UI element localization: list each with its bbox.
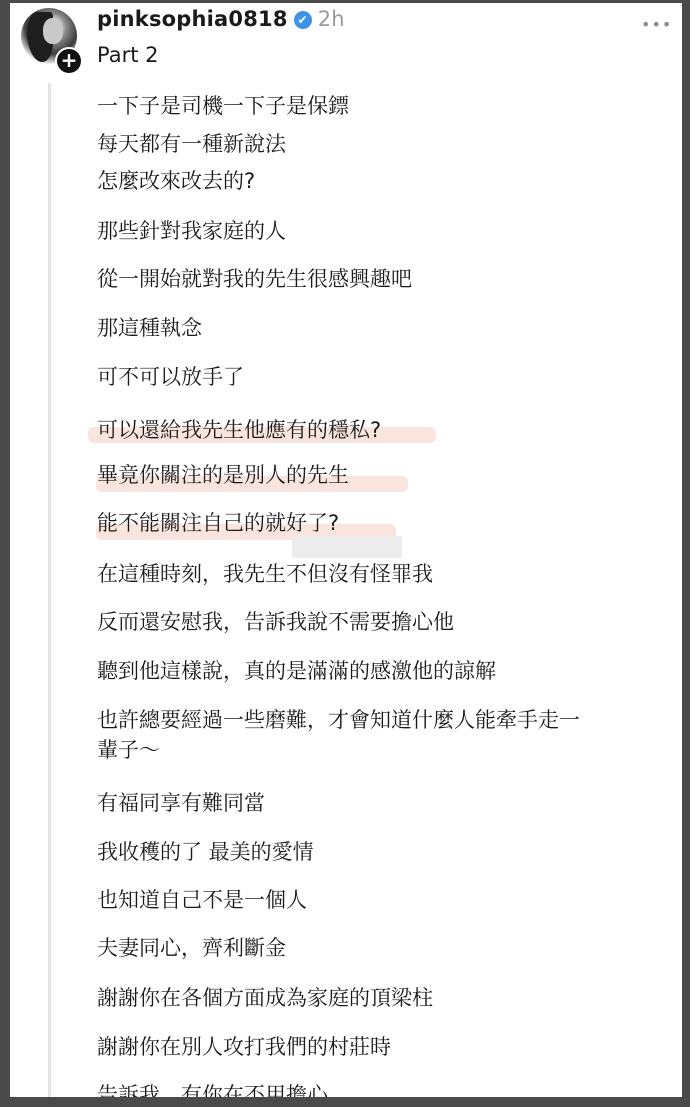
body-line: 謝謝你在各個方面成為家庭的頂梁柱 xyxy=(97,982,433,1012)
body-line: 謝謝你在別人攻打我們的村莊時 xyxy=(97,1031,391,1061)
body-line: 在這種時刻，我先生不但沒有怪罪我 xyxy=(97,558,433,588)
post-caption: Part 2 xyxy=(97,43,159,67)
verified-badge-icon: ✔ xyxy=(294,11,312,29)
body-line: 有福同享有難同當 xyxy=(97,787,265,817)
body-line: 能不能關注自己的就好了? xyxy=(97,507,339,537)
body-line: 從一開始就對我的先生很感興趣吧 xyxy=(97,263,412,293)
thread-line xyxy=(48,83,51,1097)
avatar-face xyxy=(43,18,63,44)
post-time: 2h xyxy=(318,7,345,31)
body-line: 夫妻同心，齊利斷金 xyxy=(97,932,286,962)
post-card: + pinksophia0818✔2h Part 2 ••• 一下子是司機一下子… xyxy=(10,3,682,1097)
body-line: 每天都有一種新說法 xyxy=(97,128,286,158)
post-header: pinksophia0818✔2h xyxy=(97,7,345,31)
body-line: 我收穫的了 最美的愛情 xyxy=(97,836,314,866)
body-line: 一下子是司機一下子是保鏢 xyxy=(97,90,349,120)
body-line: 那這種執念 xyxy=(97,312,202,342)
watermark-blur xyxy=(292,536,402,558)
body-line: 反而還安慰我，告訴我說不需要擔心他 xyxy=(97,606,454,636)
more-options-icon[interactable]: ••• xyxy=(641,15,672,34)
follow-plus-icon[interactable]: + xyxy=(55,47,83,75)
body-line: 也許總要經過一些磨難，才會知道什麼人能牽手走一 xyxy=(97,704,580,734)
body-line: 可以還給我先生他應有的穩私? xyxy=(97,414,381,444)
body-line: 聽到他這樣說，真的是滿滿的感激他的諒解 xyxy=(97,655,496,685)
body-line: 畢竟你關注的是別人的先生 xyxy=(97,459,349,489)
body-line: 輩子～ xyxy=(97,734,160,764)
body-line: 可不可以放手了 xyxy=(97,361,244,391)
body-line: 也知道自己不是一個人 xyxy=(97,884,307,914)
body-line: 告訴我，有你在不用擔心 xyxy=(97,1079,328,1097)
body-line: 那些針對我家庭的人 xyxy=(97,215,286,245)
body-line: 怎麼改來改去的? xyxy=(97,165,255,195)
username[interactable]: pinksophia0818 xyxy=(97,7,288,31)
